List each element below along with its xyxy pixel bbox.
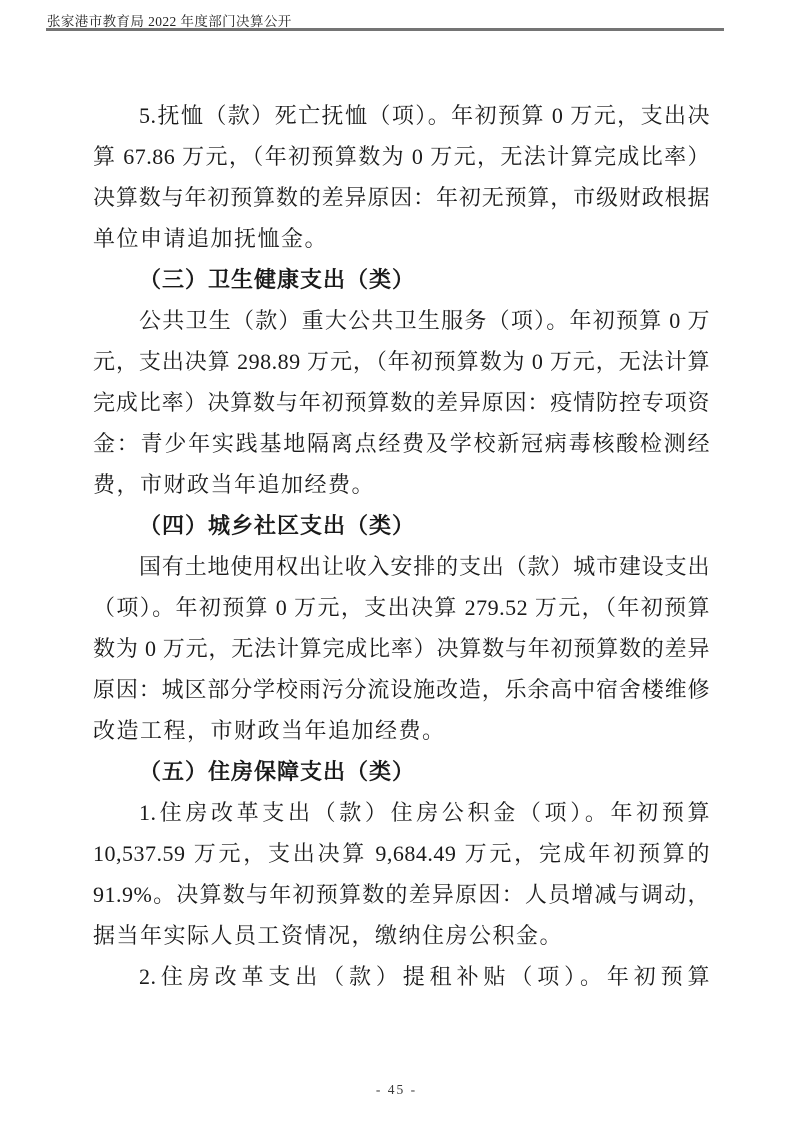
paragraph-line: 1.住房改革支出（款）住房公积金（项）。年初预算 [93,792,710,833]
paragraph-line: 公共卫生（款）重大公共卫生服务（项）。年初预算 0 万 [93,300,710,341]
paragraph-line: 2.住房改革支出（款）提租补贴（项）。年初预算 [93,956,710,997]
paragraph-line: 5.抚恤（款）死亡抚恤（项）。年初预算 0 万元，支出决 [93,95,710,136]
paragraph-line: 元，支出决算 298.89 万元，（年初预算数为 0 万元，无法计算 [93,341,710,382]
paragraph-line: 原因：城区部分学校雨污分流设施改造，乐余高中宿舍楼维修 [93,669,710,710]
paragraph-line: 国有土地使用权出让收入安排的支出（款）城市建设支出 [93,546,710,587]
paragraph-line: 金：青少年实践基地隔离点经费及学校新冠病毒核酸检测经 [93,423,710,464]
paragraph-line: 单位申请追加抚恤金。 [93,218,710,259]
paragraph-line: 10,537.59 万元，支出决算 9,684.49 万元，完成年初预算的 [93,833,710,874]
header-title: 张家港市教育局 2022 年度部门决算公开 [47,10,292,30]
paragraph-line: 数为 0 万元，无法计算完成比率）决算数与年初预算数的差异 [93,628,710,669]
header-rule [46,28,724,31]
paragraph-line: 91.9%。决算数与年初预算数的差异原因：人员增减与调动，根 [93,874,710,915]
paragraph-line: 算 67.86 万元，（年初预算数为 0 万元，无法计算完成比率） [93,136,710,177]
paragraph-line: 改造工程，市财政当年追加经费。 [93,710,710,751]
section-heading: （三）卫生健康支出（类） [93,259,710,300]
section-heading: （四）城乡社区支出（类） [93,505,710,546]
section-heading: （五）住房保障支出（类） [93,751,710,792]
paragraph-line: 决算数与年初预算数的差异原因：年初无预算，市级财政根据 [93,177,710,218]
document-body: 5.抚恤（款）死亡抚恤（项）。年初预算 0 万元，支出决 算 67.86 万元，… [93,95,710,997]
document-page: 张家港市教育局 2022 年度部门决算公开 5.抚恤（款）死亡抚恤（项）。年初预… [0,0,793,1122]
paragraph-line: 完成比率）决算数与年初预算数的差异原因：疫情防控专项资 [93,382,710,423]
paragraph-line: 费，市财政当年追加经费。 [93,464,710,505]
paragraph-line: 据当年实际人员工资情况，缴纳住房公积金。 [93,915,710,956]
page-number: - 45 - [376,1082,417,1097]
page-footer: - 45 - [0,1082,793,1098]
paragraph-line: （项）。年初预算 0 万元，支出决算 279.52 万元，（年初预算 [93,587,710,628]
